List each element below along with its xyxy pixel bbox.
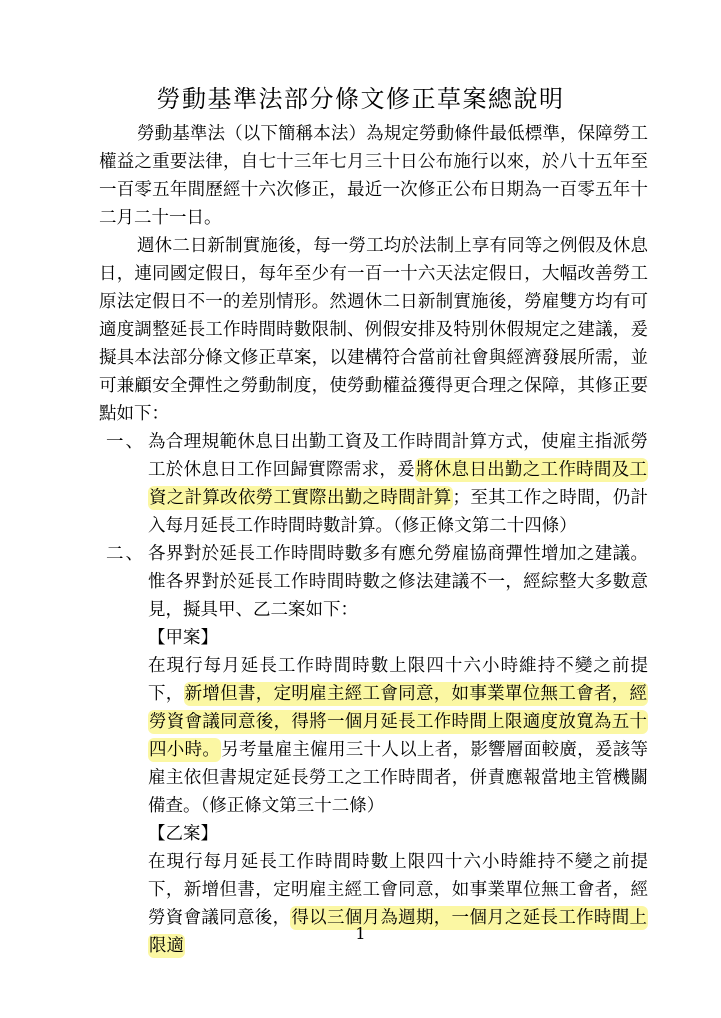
item-number: 一、 (106, 428, 145, 456)
intro-paragraph: 勞動基準法（以下簡稱本法）為規定勞動條件最低標準，保障勞工權益之重要法律，自七十… (99, 120, 648, 232)
document-body: 勞動基準法（以下簡稱本法）為規定勞動條件最低標準，保障勞工權益之重要法律，自七十… (99, 120, 648, 960)
amendment-point-1: 一、為合理規範休息日出勤工資及工作時間計算方式，使雇主指派勞工於休息日工作回歸實… (148, 428, 648, 540)
plan-a-label: 【甲案】 (148, 624, 648, 652)
background-paragraph: 週休二日新制實施後，每一勞工均於法制上享有同等之例假及休息日，連同國定假日，每年… (99, 232, 648, 428)
amendment-point-2: 二、各界對於延長工作時間時數多有應允勞雇協商彈性增加之建議。惟各界對於延長工作時… (148, 540, 648, 624)
text-run: 【甲案】 (148, 628, 218, 648)
page-number: 1 (0, 923, 721, 945)
plan-a-body: 在現行每月延長工作時間時數上限四十六小時維持不變之前提下，新增但書，定明雇主經工… (148, 652, 648, 820)
document-page: 勞動基準法部分條文修正草案總說明 勞動基準法（以下簡稱本法）為規定勞動條件最低標… (0, 0, 721, 1018)
text-run: 各界對於延長工作時間時數多有應允勞雇協商彈性增加之建議。惟各界對於延長工作時間時… (148, 544, 648, 620)
text-run: 【乙案】 (148, 824, 218, 844)
item-number: 二、 (106, 540, 145, 568)
plan-b-label: 【乙案】 (148, 820, 648, 848)
text-run: 勞動基準法（以下簡稱本法）為規定勞動條件最低標準，保障勞工權益之重要法律，自七十… (99, 124, 648, 228)
document-title: 勞動基準法部分條文修正草案總說明 (0, 82, 721, 116)
text-run: 週休二日新制實施後，每一勞工均於法制上享有同等之例假及休息日，連同國定假日，每年… (99, 236, 648, 424)
text-run: 另考量雇主僱用三十人以上者，影響層面較廣，爰該等雇主依但書規定延長勞工之工作時間… (148, 740, 648, 816)
